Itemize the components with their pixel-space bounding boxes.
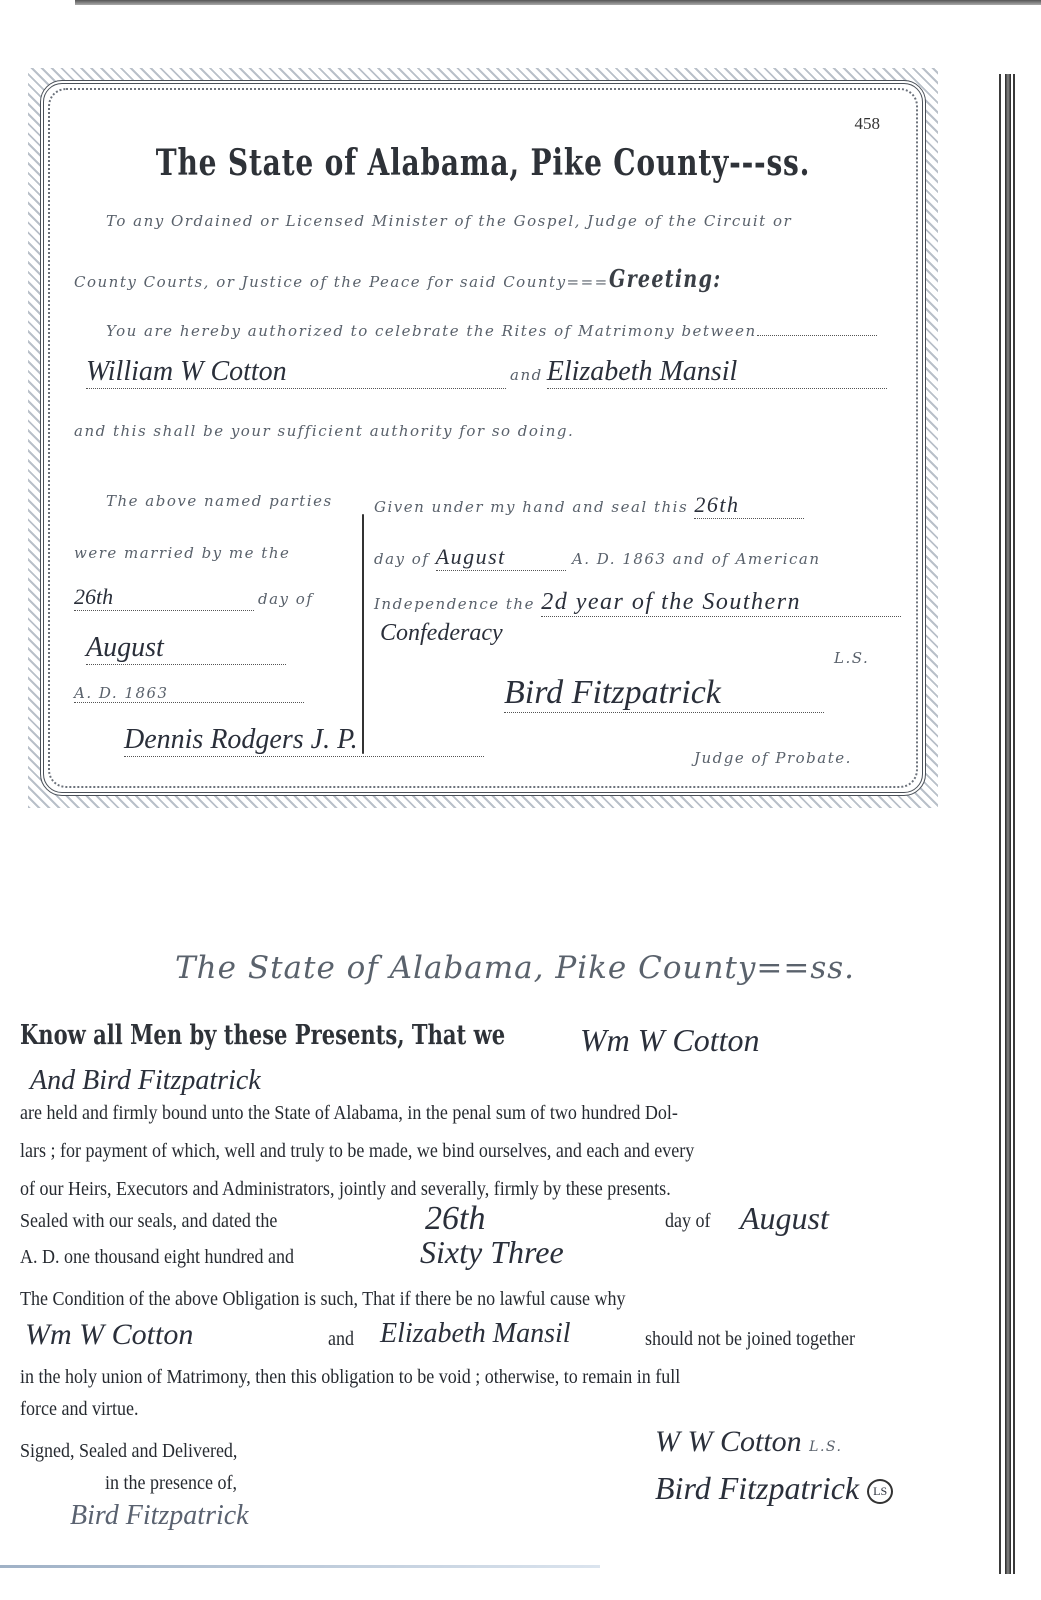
bond-body-line-2: lars ; for payment of which, well and tr…: [20, 1140, 694, 1163]
given-under-hand-line: Given under my hand and seal this 26th: [374, 492, 804, 519]
confederacy-text: Confederacy: [380, 620, 503, 647]
confederacy-year: 2d year of the Southern: [541, 589, 901, 617]
given-day: 26th: [694, 492, 804, 519]
party-2-name: Elizabeth Mansil: [380, 1318, 571, 1350]
fitzpatrick-signature: Bird Fitzpatrick LS: [655, 1470, 893, 1507]
presence-label: in the presence of,: [105, 1472, 237, 1495]
marriage-day: 26th: [74, 584, 254, 611]
marriage-day-line: 26th day of: [74, 584, 313, 611]
sealed-date-label: Sealed with our seals, and dated the: [20, 1210, 277, 1233]
and-label: and: [328, 1328, 354, 1351]
authorize-line: You are hereby authorized to celebrate t…: [106, 322, 877, 340]
judge-of-probate-label: Judge of Probate.: [694, 749, 852, 767]
officiant-signature-line: Dennis Rodgers J. P.: [124, 724, 484, 757]
cotton-signature: W W Cotton L.S.: [655, 1425, 842, 1459]
seal-ls: L.S.: [834, 649, 869, 667]
independence-line: Independence the 2d year of the Southern: [374, 589, 901, 617]
marriage-month: August: [86, 632, 286, 665]
bond-header: Know all Men by these Presents, That we: [20, 1020, 505, 1051]
column-divider: [362, 514, 364, 754]
given-month-line: day of August A. D. 1863 and of American: [374, 544, 821, 571]
marriage-year: A. D. 1863: [74, 684, 304, 703]
marriage-month-line: August: [86, 632, 286, 665]
married-parties-label: The above named parties: [106, 492, 333, 510]
force-line: force and virtue.: [20, 1398, 138, 1421]
page-top-edge: [75, 0, 1041, 5]
certificate-title: The State of Alabama, Pike County---ss.: [141, 142, 826, 184]
year-words: Sixty Three: [420, 1234, 564, 1271]
ornamental-border: 458 The State of Alabama, Pike County---…: [40, 80, 926, 796]
bond-body-line-3: of our Heirs, Executors and Administrato…: [20, 1178, 671, 1201]
groom-name: William W Cotton: [86, 356, 506, 389]
page-number: 458: [855, 114, 881, 134]
witness-signature: Bird Fitzpatrick: [70, 1500, 249, 1532]
sealed-day: 26th: [425, 1200, 485, 1238]
married-by-label: were married by me the: [74, 544, 290, 562]
bond-title: The State of Alabama, Pike County==ss.: [175, 950, 855, 986]
bride-name: Elizabeth Mansil: [547, 356, 887, 389]
bond-body-line-1: are held and firmly bound unto the State…: [20, 1102, 678, 1125]
seal-ls-2: LS: [867, 1479, 893, 1504]
signed-sealed-label: Signed, Sealed and Delivered,: [20, 1440, 237, 1463]
greeting: Greeting:: [609, 264, 721, 293]
couple-names-line: William W Cotton and Elizabeth Mansil: [86, 356, 886, 389]
condition-line: The Condition of the above Obligation is…: [20, 1288, 626, 1311]
party-1-name: Wm W Cotton: [25, 1318, 193, 1352]
judge-signature: Bird Fitzpatrick: [504, 674, 824, 713]
ad-year-label: A. D. one thousand eight hundred and: [20, 1246, 294, 1269]
obligor-2-signature: And Bird Fitzpatrick: [30, 1065, 261, 1097]
marriage-license-certificate: 458 The State of Alabama, Pike County---…: [28, 68, 938, 808]
book-binding-edge: [999, 74, 1015, 1574]
joined-together-text: should not be joined together: [645, 1328, 855, 1351]
address-line-2: County Courts, or Justice of the Peace f…: [74, 264, 749, 293]
authority-line: and this shall be your sufficient author…: [74, 422, 574, 440]
obligor-1-signature: Wm W Cotton: [580, 1022, 760, 1059]
seal-ls-1: L.S.: [809, 1439, 842, 1455]
address-line-1: To any Ordained or Licensed Minister of …: [106, 212, 792, 230]
day-of-label: day of: [665, 1210, 710, 1233]
union-line: in the holy union of Matrimony, then thi…: [20, 1366, 680, 1389]
judge-signature-line: Bird Fitzpatrick: [504, 674, 824, 713]
page-bottom-rule: [0, 1565, 600, 1568]
officiant-signature: Dennis Rodgers J. P.: [124, 724, 484, 757]
given-month: August: [436, 544, 566, 571]
sealed-month: August: [740, 1200, 829, 1237]
